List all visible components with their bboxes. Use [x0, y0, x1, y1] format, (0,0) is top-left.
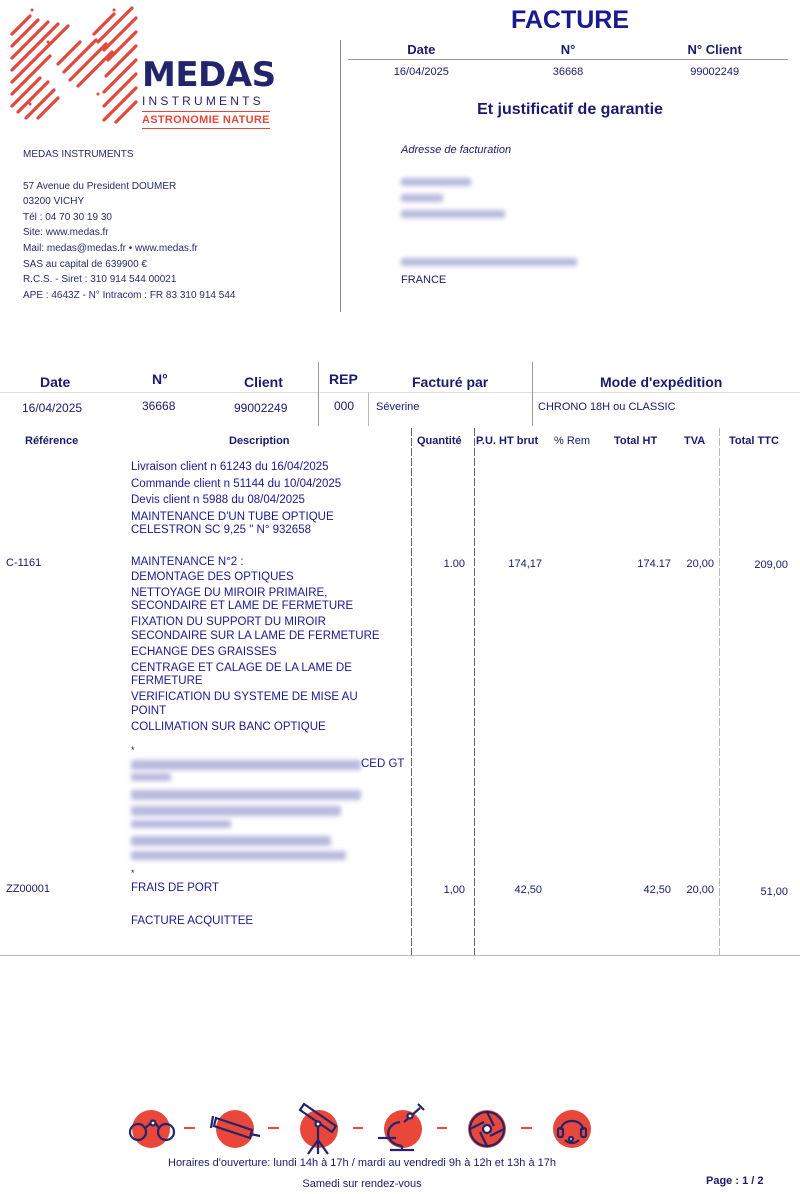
- description-line: FIXATION DU SUPPORT DU MIROIRSECONDAIRE …: [131, 616, 380, 643]
- company-line: SAS au capital de 639900 €: [23, 257, 235, 273]
- header-col-client: N° Client: [641, 42, 788, 57]
- info-head-client: Client: [244, 374, 283, 390]
- header-number-value: 36668: [495, 66, 642, 78]
- header-divider: [340, 40, 341, 312]
- redacted-text: [131, 790, 361, 800]
- col-total-ttc: Total TTC: [729, 435, 779, 447]
- company-line: 03200 VICHY: [23, 194, 235, 210]
- row-2-description: FRAIS DE PORT: [131, 882, 219, 896]
- row-1-visible-fragment: CED GT: [361, 758, 404, 770]
- info-shipping: CHRONO 18H ou CLASSIC: [538, 401, 676, 413]
- row-1-unit-price: 174,17: [474, 558, 542, 570]
- microscope-icon: [380, 1106, 419, 1150]
- spotting-scope-icon: [212, 1106, 251, 1150]
- header-date-value: 16/04/2025: [348, 66, 495, 78]
- info-head-billed-by: Facturé par: [412, 374, 488, 390]
- description-line: VERIFICATION DU SYSTEME DE MISE AUPOINT: [131, 691, 380, 718]
- redacted-text: [401, 194, 443, 202]
- redacted-text: [401, 178, 471, 186]
- binoculars-icon: [128, 1106, 167, 1150]
- page-indicator: Page : 1 / 2: [706, 1175, 763, 1187]
- redacted-text: [131, 806, 341, 816]
- company-line: Mail: medas@medas.fr • www.medas.fr: [23, 241, 235, 257]
- row-2-total-ht: 42,50: [600, 884, 671, 896]
- row-1-star: *: [131, 745, 135, 755]
- redacted-text: [131, 851, 346, 860]
- header-col-number: N°: [495, 42, 642, 57]
- row-1-star-end: *: [131, 868, 135, 878]
- row-1-reference: C-1161: [6, 557, 41, 569]
- info-head-rep: REP: [329, 371, 358, 387]
- col-quantity: Quantité: [417, 435, 462, 447]
- company-line: 57 Avenue du President DOUMER: [23, 179, 235, 195]
- company-info: MEDAS INSTRUMENTS 57 Avenue du President…: [23, 147, 235, 303]
- saturday-hours: Samedi sur rendez-vous: [0, 1178, 724, 1190]
- description-line: ECHANGE DES GRAISSES: [131, 646, 380, 660]
- invoice-subtitle: Et justificatif de garantie: [340, 101, 800, 119]
- info-billed-by: Séverine: [376, 401, 419, 413]
- row-1-quantity: 1.00: [411, 558, 465, 570]
- redacted-text: [131, 836, 331, 846]
- brand-block: MEDAS INSTRUMENTS ASTRONOMIE NATURE: [142, 58, 276, 129]
- description-line: NETTOYAGE DU MIROIR PRIMAIRE,SECONDAIRE …: [131, 587, 380, 614]
- col-total-ht: Total HT: [614, 435, 657, 447]
- row-1-vat: 20,00: [680, 558, 714, 570]
- header-col-date: Date: [348, 42, 495, 57]
- redacted-text: [131, 820, 231, 828]
- order-references: Livraison client n 61243 du 16/04/2025 C…: [131, 459, 341, 538]
- row-2-quantity: 1,00: [411, 884, 465, 896]
- redacted-text: [131, 760, 361, 770]
- telescope-icon: [296, 1106, 335, 1150]
- col-discount: % Rem: [554, 435, 590, 447]
- billing-label: Adresse de facturation: [401, 144, 577, 156]
- headset-icon: [549, 1106, 588, 1150]
- order-info-table: Date N° Client REP Facturé par Mode d'ex…: [0, 362, 800, 426]
- info-rep: 000: [334, 399, 354, 413]
- col-unit-price: P.U. HT brut: [476, 435, 538, 447]
- col-reference: Référence: [25, 435, 78, 447]
- redacted-text: [131, 773, 171, 781]
- table-bottom-line: [0, 955, 800, 956]
- company-line: Tél : 04 70 30 19 30: [23, 210, 235, 226]
- row-1-total-ttc: 209,00: [720, 559, 788, 571]
- company-name: MEDAS INSTRUMENTS: [23, 147, 235, 163]
- billing-address: Adresse de facturation FRANCE: [401, 144, 577, 286]
- company-line: Site: www.medas.fr: [23, 225, 235, 241]
- info-date: 16/04/2025: [22, 401, 82, 415]
- row-2-unit-price: 42,50: [474, 884, 542, 896]
- row-2-vat: 20,00: [680, 884, 714, 896]
- info-head-number: N°: [152, 371, 168, 387]
- description-line: MAINTENANCE N°2 :: [131, 556, 380, 570]
- col-vat: TVA: [684, 435, 705, 447]
- redacted-text: [401, 258, 577, 266]
- info-number: 36668: [142, 399, 175, 413]
- invoice-title: FACTURE: [340, 6, 800, 35]
- row-1-description: MAINTENANCE N°2 :DEMONTAGE DES OPTIQUESN…: [131, 556, 380, 737]
- info-client: 99002249: [234, 401, 287, 415]
- billing-country: FRANCE: [401, 274, 577, 286]
- info-head-date: Date: [40, 374, 70, 390]
- opening-hours: Horaires d'ouverture: lundi 14h à 17h / …: [0, 1157, 724, 1169]
- description-line: COLLIMATION SUR BANC OPTIQUE: [131, 721, 380, 735]
- row-2-total-ttc: 51,00: [720, 886, 788, 898]
- brand-tagline: ASTRONOMIE NATURE: [142, 111, 270, 129]
- invoice-header-table: Date N° N° Client 16/04/2025 36668 99002…: [348, 42, 788, 78]
- footer-icons: [128, 1102, 588, 1154]
- col-description: Description: [229, 435, 290, 447]
- row-1-total-ht: 174.17: [600, 558, 671, 570]
- company-line: APE : 4643Z - N° Intracom : FR 83 310 91…: [23, 288, 235, 304]
- row-2-reference: ZZ00001: [6, 883, 50, 895]
- header-client-value: 99002249: [641, 66, 788, 78]
- info-head-shipping: Mode d'expédition: [600, 374, 722, 390]
- medas-logo-mark-icon: [8, 4, 138, 130]
- brand-name: MEDAS: [142, 58, 276, 92]
- description-line: CENTRAGE ET CALAGE DE LA LAME DEFERMETUR…: [131, 662, 380, 689]
- redacted-text: [401, 210, 505, 218]
- company-line: R.C.S. - Siret : 310 914 544 00021: [23, 272, 235, 288]
- row-2-note: FACTURE ACQUITTEE: [131, 915, 253, 929]
- camera-aperture-icon: [464, 1106, 503, 1150]
- brand-subtitle: INSTRUMENTS: [142, 94, 276, 108]
- description-line: DEMONTAGE DES OPTIQUES: [131, 571, 380, 585]
